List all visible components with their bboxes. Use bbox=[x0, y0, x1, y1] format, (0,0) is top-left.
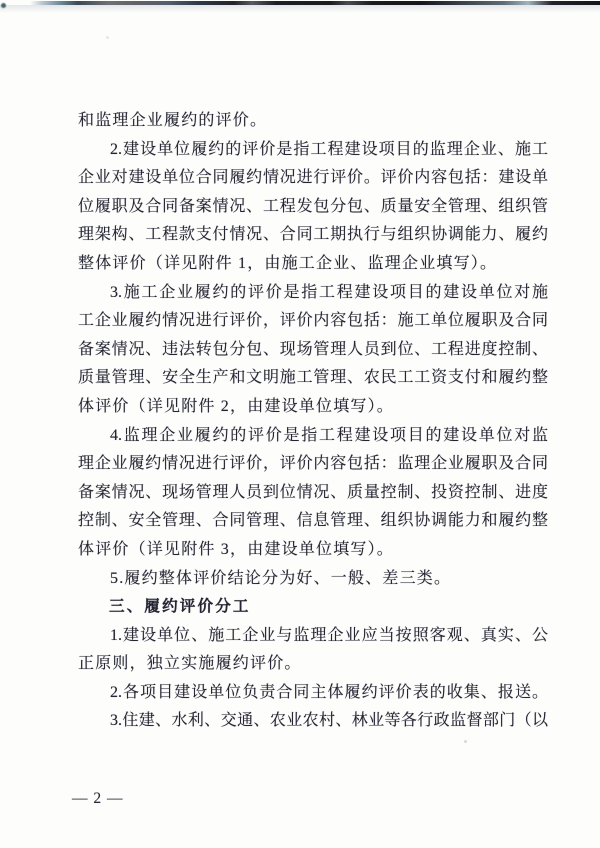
scan-edge-artifact bbox=[0, 1, 600, 5]
doc-line: 体评价（详见附件 2，由建设单位填写）。 bbox=[78, 393, 548, 422]
doc-line: 2.建设单位履约的评价是指工程建设项目的监理企业、施工 bbox=[78, 136, 548, 165]
doc-line: 工企业履约情况进行评价，评价内容包括：施工单位履职及合同 bbox=[78, 307, 548, 336]
doc-line: 理架构、工程款支付情况、合同工期执行与组织协调能力、履约 bbox=[78, 221, 548, 250]
doc-line: 和监理企业履约的评价。 bbox=[78, 107, 548, 136]
doc-line: 3.住建、水利、交通、农业农村、林业等各行政监督部门（以 bbox=[78, 707, 548, 736]
doc-line: 4.监理企业履约的评价是指工程建设项目的建设单位对监 bbox=[78, 422, 548, 451]
doc-line: 正原则，独立实施履约评价。 bbox=[78, 650, 548, 679]
doc-line: 质量管理、安全生产和文明施工管理、农民工工资支付和履约整 bbox=[78, 364, 548, 393]
doc-line: 体评价（详见附件 3，由建设单位填写）。 bbox=[78, 536, 548, 565]
doc-line: 备案情况、现场管理人员到位情况、质量控制、投资控制、进度 bbox=[78, 479, 548, 508]
doc-line: 备案情况、违法转包分包、现场管理人员到位、工程进度控制、 bbox=[78, 336, 548, 365]
document-body: 和监理企业履约的评价。 2.建设单位履约的评价是指工程建设项目的监理企业、施工 … bbox=[78, 107, 548, 736]
doc-line: 2.各项目建设单位负责合同主体履约评价表的收集、报送。 bbox=[78, 679, 548, 708]
page-number: — 2 — bbox=[72, 790, 124, 808]
doc-line: 企业对建设单位合同履约情况进行评价。评价内容包括：建设单 bbox=[78, 164, 548, 193]
doc-line: 3.施工企业履约的评价是指工程建设项目的建设单位对施 bbox=[78, 279, 548, 308]
doc-line: 控制、安全管理、合同管理、信息管理、组织协调能力和履约整 bbox=[78, 507, 548, 536]
doc-line: 整体评价（详见附件 1，由施工企业、监理企业填写）。 bbox=[78, 250, 548, 279]
doc-line: 位履职及合同备案情况、工程发包分包、质量安全管理、组织管 bbox=[78, 193, 548, 222]
doc-line: 理企业履约情况进行评价，评价内容包括：监理企业履职及合同 bbox=[78, 450, 548, 479]
section-heading-line: 三、履约评价分工 bbox=[78, 593, 548, 622]
doc-line: 5.履约整体评价结论分为好、一般、差三类。 bbox=[78, 565, 548, 594]
doc-line: 1.建设单位、施工企业与监理企业应当按照客观、真实、公 bbox=[78, 622, 548, 651]
scanned-page: 和监理企业履约的评价。 2.建设单位履约的评价是指工程建设项目的监理企业、施工 … bbox=[0, 0, 600, 848]
scan-corner-speck bbox=[1, 3, 6, 8]
scan-speck bbox=[106, 36, 109, 39]
scan-speck bbox=[464, 740, 467, 743]
